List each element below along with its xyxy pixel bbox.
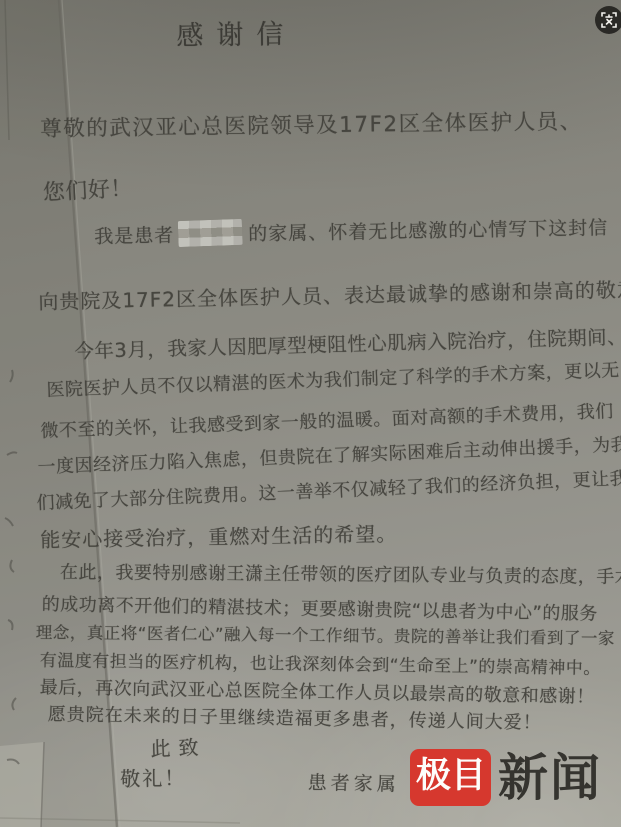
letter-salutation: 尊敬的武汉亚心总医院领导及17F2区全体医护人员、 [40,104,583,143]
watermark-text: 新闻 [498,753,602,803]
letter-photo: 感谢信 尊敬的武汉亚心总医院领导及17F2区全体医护人员、 您们好！ 我是患者的… [0,0,621,827]
letter-title: 感谢信 [176,12,297,53]
jimu-news-watermark: 极目 新闻 [410,749,602,806]
letter-line: 理念，真正将“医者仁心”融入每一个工作细节。贵院的善举让我们看到了一家 [36,619,615,649]
letter-intro-line: 我是患者的家属、怀着无比感激的心情写下这封信 [94,213,608,249]
intro-suffix: 的家属、怀着无比感激的心情写下这封信 [248,217,608,245]
letter-line: 在此，我要特别感谢王潇主任带领的医疗团队专业与负责的态度，手术 [60,558,621,589]
letter-closing: 此致 [150,731,207,762]
intro-prefix: 我是患者 [94,225,174,248]
redacted-patient-name-mosaic [178,219,243,247]
letter-line: 向贵院及17F2区全体医护人员、表达最诚挚的感谢和崇高的敬意 [38,273,621,315]
scan-frame-glyph [601,12,617,28]
letter-signature: 患者家属 [308,768,400,797]
letter-salute: 敬礼！ [120,762,186,792]
watermark-red-badge: 极目 [410,749,491,806]
letter-line: 能安心接受治疗，重燃对生活的希望。 [40,518,397,553]
letter-line: 今年3月，我家人因肥厚型梗阻性心肌病入院治疗，住院期间、 [74,322,621,364]
letter-greeting: 您们好！ [42,171,134,207]
letter-line: 医院医护人员不仅以精湛的医术为我们制定了科学的手术方案，更以无 [46,356,620,402]
stray-ink-marks [5,370,19,764]
extract-text-icon[interactable] [595,6,621,34]
